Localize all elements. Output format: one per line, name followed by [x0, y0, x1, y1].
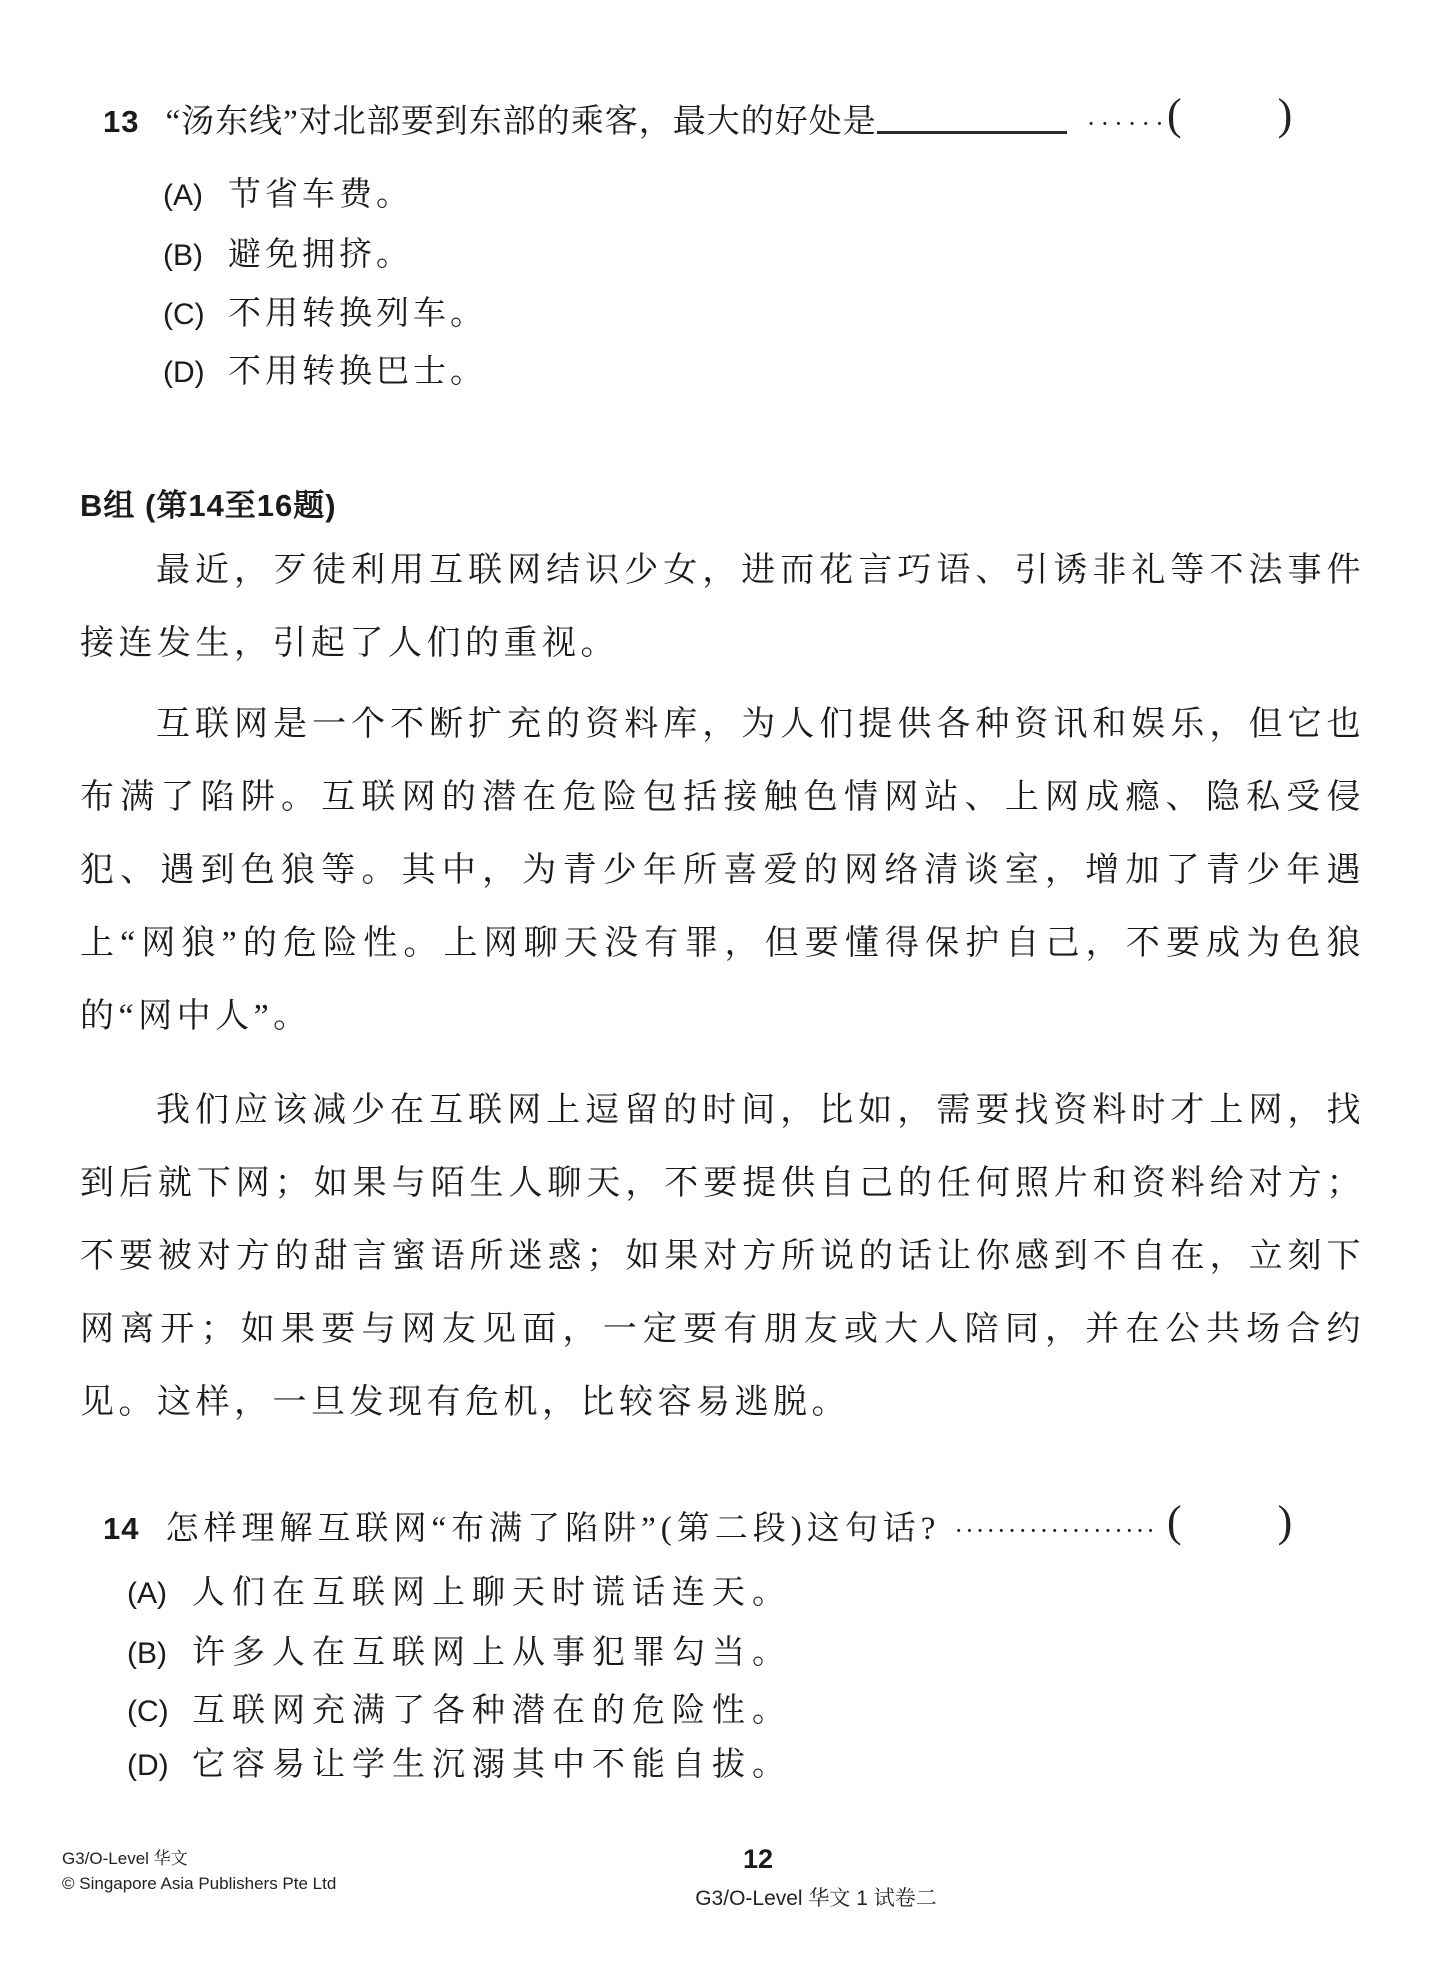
question-14-number: 14	[103, 1511, 139, 1547]
question-13-number: 13	[103, 104, 139, 140]
question-14-option-c: (C) 互联网充满了各种潜在的危险性。	[127, 1684, 792, 1731]
passage-paragraph-1: 最近，歹徒利用互联网结识少女，进而花言巧语、引诱非礼等不法事件接连发生，引起了人…	[80, 534, 1365, 680]
option-text: 避免拥挤。	[228, 228, 413, 275]
option-label: (B)	[163, 239, 219, 273]
question-14-option-a: (A) 人们在互联网上聊天时谎话连天。	[127, 1566, 792, 1613]
question-14: 14 怎样理解互联网“布满了陷阱”(第二段)这句话? ·············…	[0, 1502, 1445, 1549]
passage-paragraph-2: 互联网是一个不断扩充的资料库，为人们提供各种资讯和娱乐，但它也布满了陷阱。互联网…	[80, 688, 1365, 1053]
option-label: (A)	[163, 179, 219, 213]
question-13-option-c: (C) 不用转换列车。	[163, 287, 487, 334]
open-paren: (	[1167, 1496, 1182, 1547]
question-14-option-d: (D) 它容易让学生沉溺其中不能自拔。	[127, 1738, 792, 1785]
answer-blank	[877, 130, 1067, 134]
option-label: (C)	[127, 1695, 183, 1729]
option-text: 不用转换巴士。	[228, 345, 487, 392]
passage-paragraph-3: 我们应该减少在互联网上逗留的时间，比如，需要找资料时才上网，找到后就下网；如果与…	[80, 1074, 1365, 1439]
exam-page: 13 “汤东线”对北部要到东部的乘客，最大的好处是 ······ ( ) (A)…	[0, 0, 1445, 1973]
question-14-text: 怎样理解互联网“布满了陷阱”(第二段)这句话?	[165, 1502, 940, 1549]
page-number: 12	[698, 1844, 818, 1875]
footer-series-title: G3/O-Level 华文	[62, 1846, 336, 1871]
question-14-option-b: (B) 许多人在互联网上从事犯罪勾当。	[127, 1626, 792, 1673]
question-13-option-a: (A) 节省车费。	[163, 168, 413, 215]
question-13-option-d: (D) 不用转换巴士。	[163, 345, 487, 392]
answer-bracket: ( )	[1167, 1496, 1292, 1547]
footer-copyright: © Singapore Asia Publishers Pte Ltd	[62, 1871, 336, 1896]
option-text: 许多人在互联网上从事犯罪勾当。	[192, 1626, 792, 1673]
option-label: (B)	[127, 1637, 183, 1671]
option-text: 不用转换列车。	[228, 287, 487, 334]
close-paren: )	[1278, 1496, 1293, 1547]
dot-leader: ······	[1087, 109, 1169, 139]
question-13: 13 “汤东线”对北部要到东部的乘客，最大的好处是 ······ ( )	[0, 95, 1445, 142]
close-paren: )	[1278, 89, 1293, 140]
footer-publisher: G3/O-Level 华文 © Singapore Asia Publisher…	[62, 1846, 336, 1896]
option-label: (D)	[127, 1749, 183, 1783]
option-label: (C)	[163, 298, 219, 332]
option-text: 它容易让学生沉溺其中不能自拔。	[192, 1738, 792, 1785]
section-b-header: B组 (第14至16题)	[80, 480, 337, 525]
option-label: (A)	[127, 1577, 183, 1611]
open-paren: (	[1167, 89, 1182, 140]
footer-paper-title: G3/O-Level 华文 1 试卷二	[616, 1882, 1016, 1912]
option-text: 互联网充满了各种潜在的危险性。	[192, 1684, 792, 1731]
option-label: (D)	[163, 356, 219, 390]
question-13-option-b: (B) 避免拥挤。	[163, 228, 413, 275]
option-text: 人们在互联网上聊天时谎话连天。	[192, 1566, 792, 1613]
answer-bracket: ( )	[1167, 89, 1292, 140]
dot-leader: ···················	[954, 1516, 1157, 1546]
question-13-text: “汤东线”对北部要到东部的乘客，最大的好处是	[165, 95, 876, 142]
option-text: 节省车费。	[228, 168, 413, 215]
